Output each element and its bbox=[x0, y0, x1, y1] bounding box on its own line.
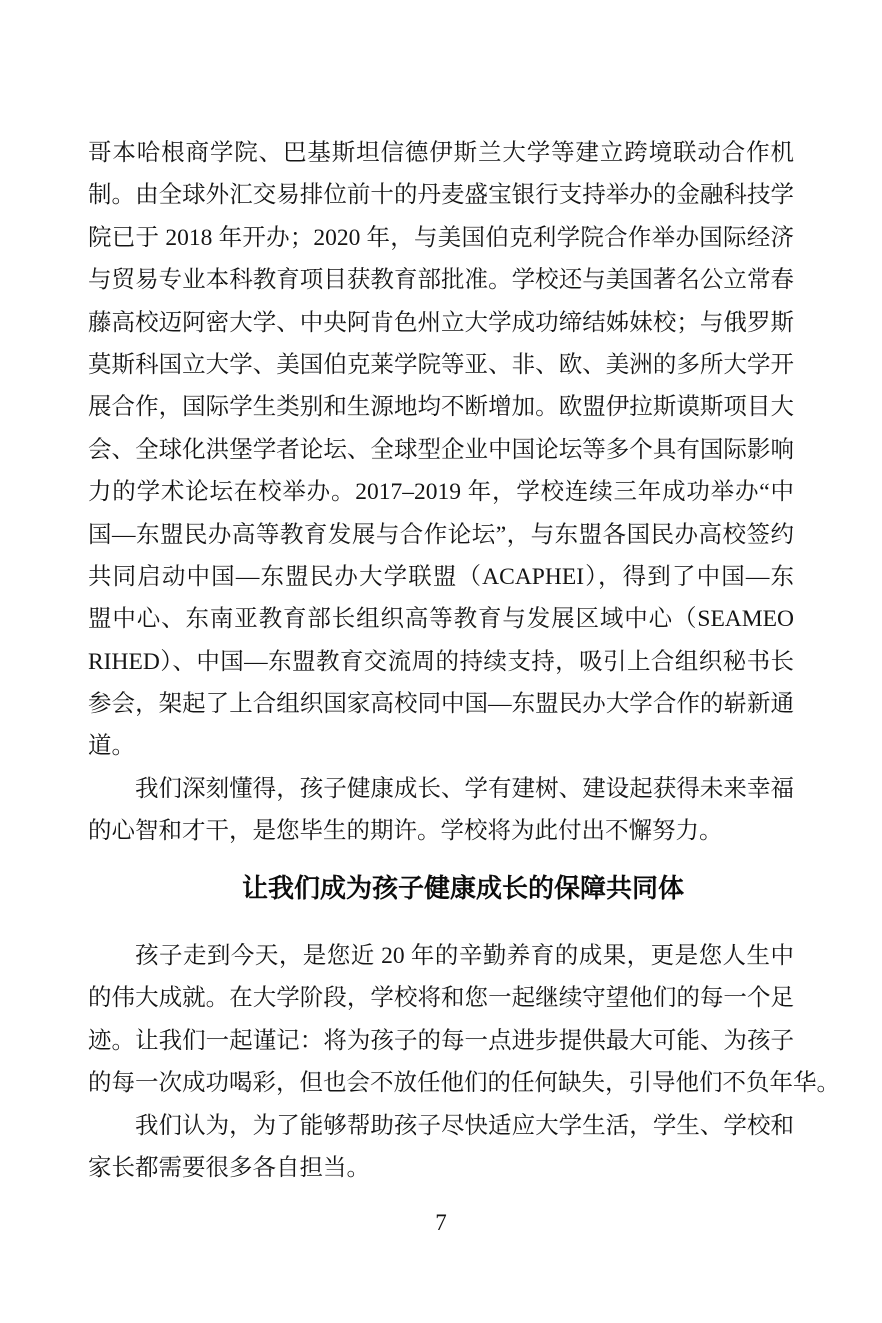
text-line: 院已于 2018 年开办；2020 年，与美国伯克利学院合作举办国际经济 bbox=[88, 217, 794, 259]
text-line: 孩子走到今天，是您近 20 年的辛勤养育的成果，更是您人生中 bbox=[88, 935, 794, 977]
text-line: 制。由全球外汇交易排位前十的丹麦盛宝银行支持举办的金融科技学 bbox=[88, 174, 794, 216]
paragraph-1: 哥本哈根商学院、巴基斯坦信德伊斯兰大学等建立跨境联动合作机 制。由全球外汇交易排… bbox=[88, 132, 794, 768]
text-line: 展合作，国际学生类别和生源地均不断增加。欧盟伊拉斯谟斯项目大 bbox=[88, 386, 794, 428]
text-line: 参会，架起了上合组织国家高校同中国—东盟民办大学合作的崭新通 bbox=[88, 683, 794, 725]
page-number: 7 bbox=[0, 1202, 882, 1244]
text-line: 的每一次成功喝彩，但也会不放任他们的任何缺失，引导他们不负年华。 bbox=[88, 1062, 794, 1104]
text-line: 道。 bbox=[88, 725, 794, 767]
text-line: 莫斯科国立大学、美国伯克莱学院等亚、非、欧、美洲的多所大学开 bbox=[88, 344, 794, 386]
text-line: 盟中心、东南亚教育部长组织高等教育与发展区域中心（SEAMEO bbox=[88, 598, 794, 640]
text-line: 家长都需要很多各自担当。 bbox=[88, 1147, 794, 1189]
text-line: 会、全球化洪堡学者论坛、全球型企业中国论坛等多个具有国际影响 bbox=[88, 429, 794, 471]
text-line: RIHED）、中国—东盟教育交流周的持续支持，吸引上合组织秘书长 bbox=[88, 641, 794, 683]
text-line: 共同启动中国—东盟民办大学联盟（ACAPHEI），得到了中国—东 bbox=[88, 556, 794, 598]
paragraph-3: 孩子走到今天，是您近 20 年的辛勤养育的成果，更是您人生中 的伟大成就。在大学… bbox=[88, 935, 794, 1105]
text-line: 的伟大成就。在大学阶段，学校将和您一起继续守望他们的每一个足 bbox=[88, 977, 794, 1019]
document-page: 哥本哈根商学院、巴基斯坦信德伊斯兰大学等建立跨境联动合作机 制。由全球外汇交易排… bbox=[0, 0, 882, 1323]
paragraph-2: 我们深刻懂得，孩子健康成长、学有建树、建设起获得未来幸福 的心智和才干，是您毕生… bbox=[88, 768, 794, 853]
paragraph-4: 我们认为，为了能够帮助孩子尽快适应大学生活，学生、学校和 家长都需要很多各自担当… bbox=[88, 1105, 794, 1190]
text-line: 迹。让我们一起谨记：将为孩子的每一点进步提供最大可能、为孩子 bbox=[88, 1020, 794, 1062]
text-line: 我们深刻懂得，孩子健康成长、学有建树、建设起获得未来幸福 bbox=[88, 768, 794, 810]
text-line: 与贸易专业本科教育项目获教育部批准。学校还与美国著名公立常春 bbox=[88, 259, 794, 301]
text-line: 藤高校迈阿密大学、中央阿肯色州立大学成功缔结姊妹校；与俄罗斯 bbox=[88, 302, 794, 344]
text-line: 的心智和才干，是您毕生的期许。学校将为此付出不懈努力。 bbox=[88, 810, 794, 852]
text-block: 哥本哈根商学院、巴基斯坦信德伊斯兰大学等建立跨境联动合作机 制。由全球外汇交易排… bbox=[88, 132, 794, 1189]
text-line: 哥本哈根商学院、巴基斯坦信德伊斯兰大学等建立跨境联动合作机 bbox=[88, 132, 794, 174]
text-line: 力的学术论坛在校举办。2017–2019 年，学校连续三年成功举办“中 bbox=[88, 471, 794, 513]
text-line: 国—东盟民办高等教育发展与合作论坛”，与东盟各国民办高校签约 bbox=[88, 514, 794, 556]
section-heading: 让我们成为孩子健康成长的保障共同体 bbox=[88, 867, 794, 909]
text-line: 我们认为，为了能够帮助孩子尽快适应大学生活，学生、学校和 bbox=[88, 1105, 794, 1147]
